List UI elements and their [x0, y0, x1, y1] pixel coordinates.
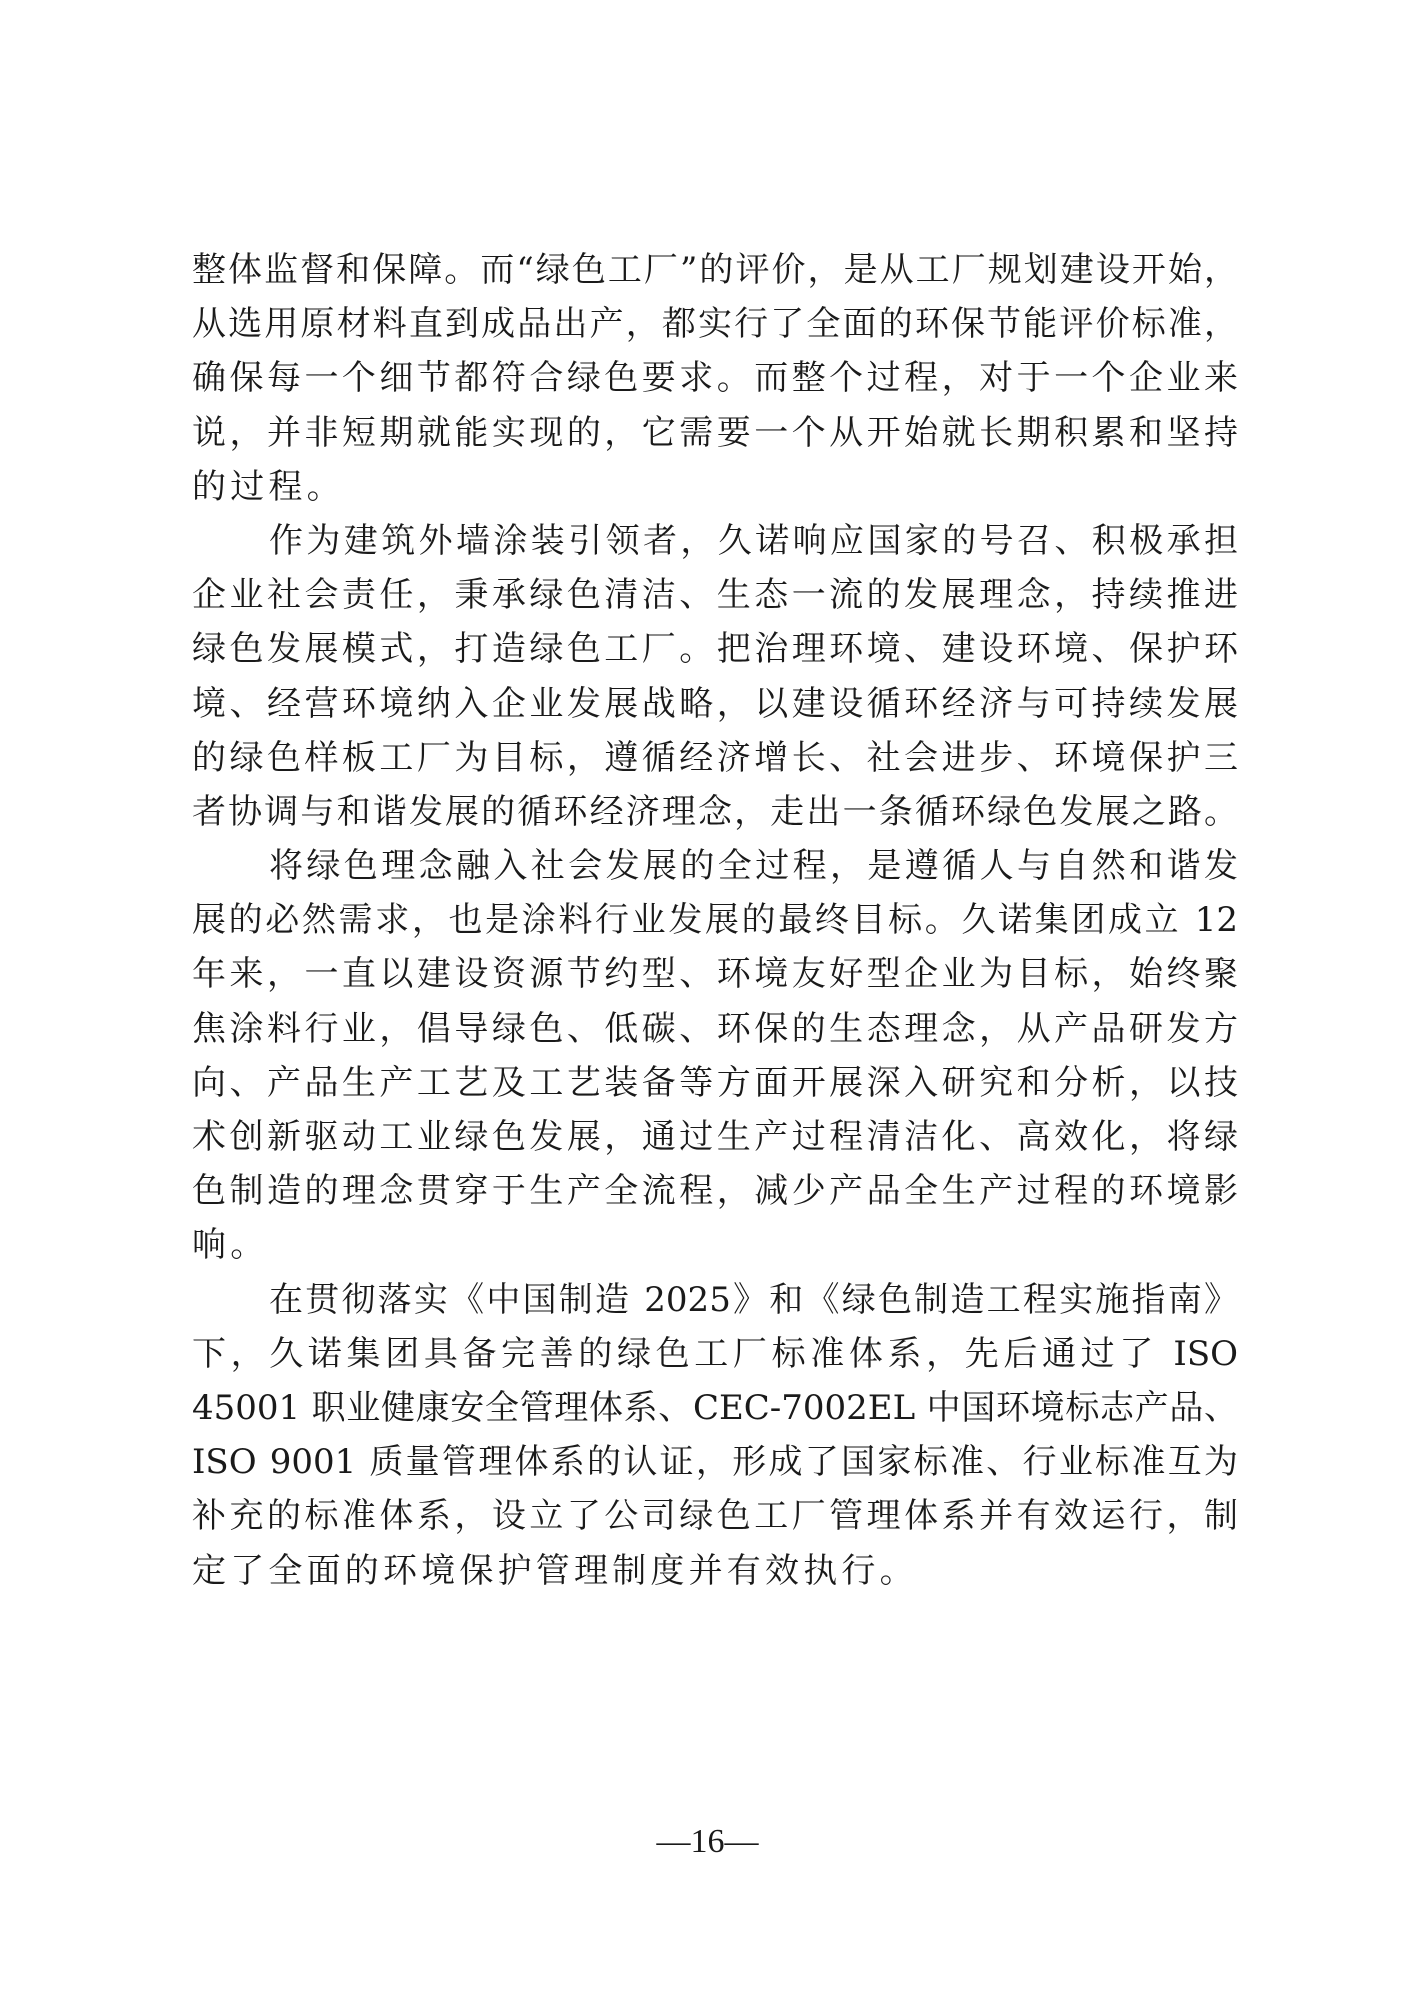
text-line: 的过程。 [192, 460, 1238, 514]
body-text: 整体监督和保障。而“绿色工厂”的评价，是从工厂规划建设开始， 从选用原材料直到成… [192, 243, 1238, 1598]
paragraph-start-line: 作为建筑外墙涂装引领者，久诺响应国家的号召、积极承担 [192, 514, 1238, 568]
text-line: 企业社会责任，秉承绿色清洁、生态一流的发展理念，持续推进 [192, 568, 1238, 622]
paragraph-start-line: 在贯彻落实《中国制造 2025》和《绿色制造工程实施指南》 [192, 1273, 1238, 1327]
text-line: 向、产品生产工艺及工艺装备等方面开展深入研究和分析，以技 [192, 1056, 1238, 1110]
text-line: 补充的标准体系，设立了公司绿色工厂管理体系并有效运行，制 [192, 1489, 1238, 1543]
text-line: 术创新驱动工业绿色发展，通过生产过程清洁化、高效化，将绿 [192, 1110, 1238, 1164]
text-line: 展的必然需求，也是涂料行业发展的最终目标。久诺集团成立 12 [192, 893, 1238, 947]
text-line: 定了全面的环境保护管理制度并有效执行。 [192, 1544, 1238, 1598]
text-line: 整体监督和保障。而“绿色工厂”的评价，是从工厂规划建设开始， [192, 243, 1238, 297]
text-line: 下，久诺集团具备完善的绿色工厂标准体系，先后通过了 ISO [192, 1327, 1238, 1381]
text-line: 确保每一个细节都符合绿色要求。而整个过程，对于一个企业来 [192, 351, 1238, 405]
text-line: 绿色发展模式，打造绿色工厂。把治理环境、建设环境、保护环 [192, 622, 1238, 676]
document-page: 整体监督和保障。而“绿色工厂”的评价，是从工厂规划建设开始， 从选用原材料直到成… [0, 0, 1415, 2000]
text-line: 焦涂料行业，倡导绿色、低碳、环保的生态理念，从产品研发方 [192, 1002, 1238, 1056]
paragraph-start-line: 将绿色理念融入社会发展的全过程，是遵循人与自然和谐发 [192, 839, 1238, 893]
text-line: 45001 职业健康安全管理体系、CEC-7002EL 中国环境标志产品、 [192, 1381, 1238, 1435]
text-line: 色制造的理念贯穿于生产全流程，减少产品全生产过程的环境影 [192, 1164, 1238, 1218]
text-line: 响。 [192, 1218, 1238, 1272]
page-number: —16— [0, 1822, 1415, 1862]
text-line: 境、经营环境纳入企业发展战略，以建设循环经济与可持续发展 [192, 677, 1238, 731]
text-line: 者协调与和谐发展的循环经济理念，走出一条循环绿色发展之路。 [192, 785, 1238, 839]
text-line: 的绿色样板工厂为目标，遵循经济增长、社会进步、环境保护三 [192, 731, 1238, 785]
text-line: ISO 9001 质量管理体系的认证，形成了国家标准、行业标准互为 [192, 1435, 1238, 1489]
text-line: 年来，一直以建设资源节约型、环境友好型企业为目标，始终聚 [192, 947, 1238, 1001]
text-line: 说，并非短期就能实现的，它需要一个从开始就长期积累和坚持 [192, 406, 1238, 460]
text-line: 从选用原材料直到成品出产，都实行了全面的环保节能评价标准， [192, 297, 1238, 351]
